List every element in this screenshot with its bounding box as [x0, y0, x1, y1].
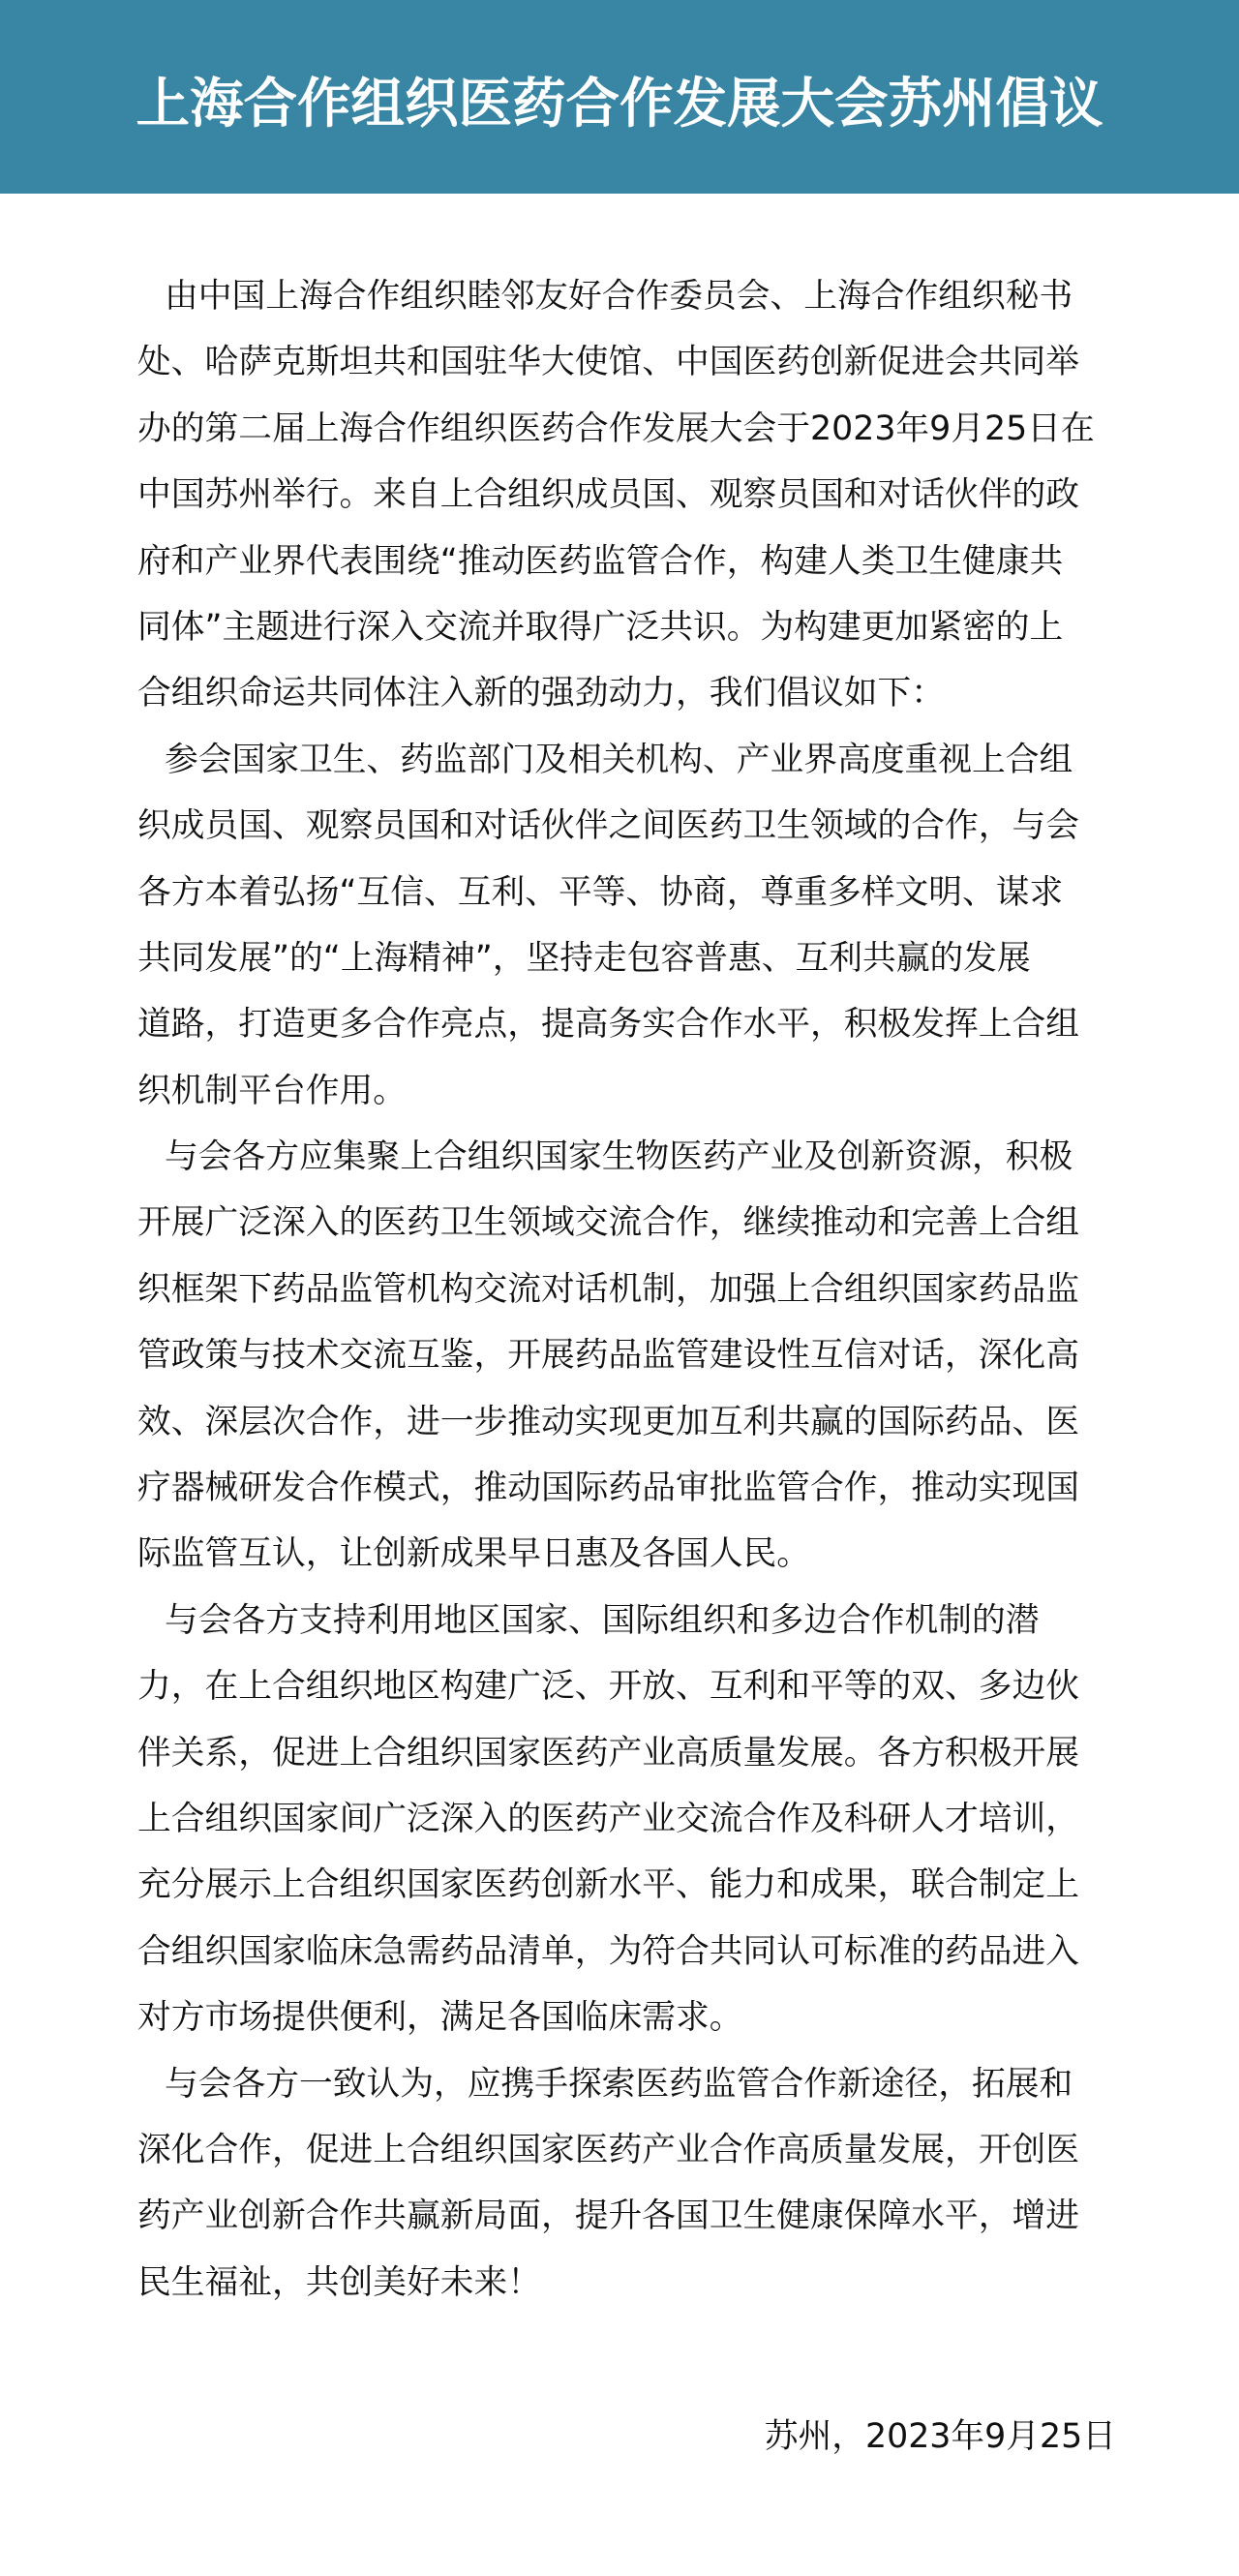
text-line: 府和产业界代表围绕“推动医药监管合作，构建人类卫生健康共: [137, 529, 1115, 594]
text-line: 办的第二届上海合作组织医药合作发展大会于2023年9月25日在: [137, 396, 1115, 462]
text-line: 各方本着弘扬“互信、互利、平等、协商，尊重多样文明、谋求: [137, 860, 1115, 925]
text-line: 与会各方应集聚上合组织国家生物医药产业及创新资源，积极: [137, 1124, 1115, 1190]
text-line: 上合组织国家间广泛深入的医药产业交流合作及科研人才培训，: [137, 1786, 1115, 1852]
paragraph-conclusion: 与会各方一致认为，应携手探索医药监管合作新途径，拓展和 深化合作，促进上合组织国…: [137, 2051, 1115, 2317]
text-line: 参会国家卫生、药监部门及相关机构、产业界高度重视上合组: [137, 727, 1115, 793]
text-line: 合组织命运共同体注入新的强劲动力，我们倡议如下：: [137, 660, 1115, 726]
text-line: 合组织国家临床急需药品清单，为符合共同认可标准的药品进入: [137, 1919, 1115, 1985]
text-line: 织机制平台作用。: [137, 1058, 1115, 1124]
text-line: 效、深层次合作，进一步推动实现更加互利共赢的国际药品、医: [137, 1389, 1115, 1455]
text-line: 民生福祉，共创美好未来！: [137, 2250, 1115, 2316]
text-line: 同体”主题进行深入交流并取得广泛共识。为构建更加紧密的上: [137, 594, 1115, 660]
text-line: 道路，打造更多合作亮点，提高务实合作水平，积极发挥上合组: [137, 991, 1115, 1057]
text-line: 处、哈萨克斯坦共和国驻华大使馆、中国医药创新促进会共同举: [137, 329, 1115, 395]
text-line: 开展广泛深入的医药卫生领域交流合作，继续推动和完善上合组: [137, 1190, 1115, 1256]
text-line: 织框架下药品监管机构交流对话机制，加强上合组织国家药品监: [137, 1257, 1115, 1322]
text-line: 管政策与技术交流互鉴，开展药品监管建设性互信对话，深化高: [137, 1322, 1115, 1388]
page-title: 上海合作组织医药合作发展大会苏州倡议: [0, 2, 1239, 196]
text-line: 织成员国、观察员国和对话伙伴之间医药卫生领域的合作，与会: [137, 793, 1115, 859]
paragraph-multilateral-partnership: 与会各方支持利用地区国家、国际组织和多边合作机制的潜 力，在上合组织地区构建广泛…: [137, 1588, 1115, 2051]
text-line: 与会各方一致认为，应携手探索医药监管合作新途径，拓展和: [137, 2051, 1115, 2117]
text-line: 疗器械研发合作模式，推动国际药品审批监管合作，推动实现国: [137, 1455, 1115, 1521]
text-line: 际监管互认，让创新成果早日惠及各国人民。: [137, 1521, 1115, 1587]
text-line: 中国苏州举行。来自上合组织成员国、观察员国和对话伙伴的政: [137, 462, 1115, 528]
text-line: 由中国上海合作组织睦邻友好合作委员会、上海合作组织秘书: [137, 263, 1115, 329]
text-line: 力，在上合组织地区构建广泛、开放、互利和平等的双、多边伙: [137, 1653, 1115, 1719]
document-body: 由中国上海合作组织睦邻友好合作委员会、上海合作组织秘书 处、哈萨克斯坦共和国驻华…: [137, 263, 1115, 2316]
signature-place-date: 苏州，2023年9月25日: [763, 2404, 1116, 2470]
text-line: 深化合作，促进上合组织国家医药产业合作高质量发展，开创医: [137, 2117, 1115, 2183]
paragraph-regulatory-exchange: 与会各方应集聚上合组织国家生物医药产业及创新资源，积极 开展广泛深入的医药卫生领…: [137, 1124, 1115, 1588]
text-line: 与会各方支持利用地区国家、国际组织和多边合作机制的潜: [137, 1588, 1115, 1653]
header-banner: 上海合作组织医药合作发展大会苏州倡议: [0, 0, 1239, 194]
paragraph-intro: 由中国上海合作组织睦邻友好合作委员会、上海合作组织秘书 处、哈萨克斯坦共和国驻华…: [137, 263, 1115, 727]
paragraph-cooperation-importance: 参会国家卫生、药监部门及相关机构、产业界高度重视上合组 织成员国、观察员国和对话…: [137, 727, 1115, 1124]
text-line: 充分展示上合组织国家医药创新水平、能力和成果，联合制定上: [137, 1852, 1115, 1918]
text-line: 对方市场提供便利，满足各国临床需求。: [137, 1985, 1115, 2050]
text-line: 伴关系，促进上合组织国家医药产业高质量发展。各方积极开展: [137, 1720, 1115, 1786]
text-line: 共同发展”的“上海精神”，坚持走包容普惠、互利共赢的发展: [137, 925, 1115, 991]
text-line: 药产业创新合作共赢新局面，提升各国卫生健康保障水平，增进: [137, 2183, 1115, 2249]
